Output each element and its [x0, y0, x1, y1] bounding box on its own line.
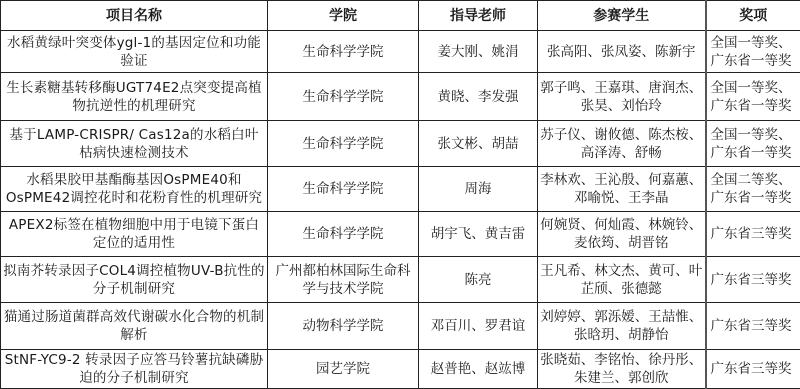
advisors-cell: 周海 — [419, 167, 538, 212]
students-cell: 郭子鸣、王嘉琪、唐润杰、张昊、刘怡玲 — [538, 73, 706, 121]
award-cell: 全国二等奖、广东省一等奖 — [706, 167, 800, 212]
table-row: 水稻果胶甲基酯酶基因OsPME40和OsPME42调控花时和花粉育性的机理研究 … — [1, 167, 800, 212]
advisors-cell: 赵普艳、赵竑博 — [419, 350, 538, 389]
advisors-cell: 邓百川、罗君谊 — [419, 303, 538, 350]
project-name-cell: 水稻果胶甲基酯酶基因OsPME40和OsPME42调控花时和花粉育性的机理研究 — [1, 167, 268, 212]
students-cell: 苏子仪、谢攸德、陈杰桉、高泽涛、舒畅 — [538, 121, 706, 167]
students-cell: 王凡希、林文杰、黄可、叶芷颀、张德懿 — [538, 257, 706, 303]
students-cell: 刘婷婷、郭泺嫒、王喆惟、张晗玥、胡静怡 — [538, 303, 706, 350]
college-cell: 广州都柏林国际生命科学与技术学院 — [268, 257, 419, 303]
college-cell: 园艺学院 — [268, 350, 419, 389]
college-cell: 生命科学学院 — [268, 73, 419, 121]
college-cell: 生命科学学院 — [268, 212, 419, 257]
college-cell: 生命科学学院 — [268, 167, 419, 212]
header-row: 项目名称 学院 指导老师 参赛学生 奖项 — [1, 1, 800, 31]
project-name-cell: 基于LAMP-CRISPR/ Cas12a的水稻白叶枯病快速检测技术 — [1, 121, 268, 167]
students-cell: 李林欢、王沁殷、何嘉蕙、邓喻悦、王李晶 — [538, 167, 706, 212]
header-project: 项目名称 — [1, 1, 268, 31]
award-cell: 全国一等奖、广东省一等奖 — [706, 73, 800, 121]
award-cell: 全国一等奖、广东省一等奖 — [706, 121, 800, 167]
header-students: 参赛学生 — [538, 1, 706, 31]
project-name-cell: StNF-YC9-2 转录因子应答马铃薯抗缺磷胁迫的分子机制研究 — [1, 350, 268, 389]
students-cell: 张高阳、张凤姿、陈新宇 — [538, 31, 706, 73]
students-cell: 何婉贤、何灿霞、林婉铃、麦依筠、胡晋铭 — [538, 212, 706, 257]
college-cell: 动物科学学院 — [268, 303, 419, 350]
college-cell: 生命科学学院 — [268, 121, 419, 167]
header-award: 奖项 — [706, 1, 800, 31]
advisors-cell: 胡宇飞、黄吉雷 — [419, 212, 538, 257]
award-cell: 广东省三等奖 — [706, 212, 800, 257]
table-row: 拟南芥转录因子COL4调控植物UV-B抗性的分子机制研究 广州都柏林国际生命科学… — [1, 257, 800, 303]
table-row: 水稻黄绿叶突变体ygl-1的基因定位和功能验证 生命科学学院 姜大刚、姚涓 张高… — [1, 31, 800, 73]
award-cell: 广东省三等奖 — [706, 257, 800, 303]
award-cell: 全国一等奖、广东省一等奖 — [706, 31, 800, 73]
advisors-cell: 黄晓、李发强 — [419, 73, 538, 121]
table-row: StNF-YC9-2 转录因子应答马铃薯抗缺磷胁迫的分子机制研究 园艺学院 赵普… — [1, 350, 800, 389]
header-college: 学院 — [268, 1, 419, 31]
project-name-cell: 生长素糖基转移酶UGT74E2点突变提高植物抗逆性的机理研究 — [1, 73, 268, 121]
table-row: 基于LAMP-CRISPR/ Cas12a的水稻白叶枯病快速检测技术 生命科学学… — [1, 121, 800, 167]
advisors-cell: 陈亮 — [419, 257, 538, 303]
advisors-cell: 姜大刚、姚涓 — [419, 31, 538, 73]
college-cell: 生命科学学院 — [268, 31, 419, 73]
project-name-cell: 水稻黄绿叶突变体ygl-1的基因定位和功能验证 — [1, 31, 268, 73]
students-cell: 张晓茹、李铭怡、徐丹彤、朱建兰、郭创欣 — [538, 350, 706, 389]
award-cell: 广东省三等奖 — [706, 303, 800, 350]
table-row: APEX2标签在植物细胞中用于电镜下蛋白定位的适用性 生命科学学院 胡宇飞、黄吉… — [1, 212, 800, 257]
table-row: 生长素糖基转移酶UGT74E2点突变提高植物抗逆性的机理研究 生命科学学院 黄晓… — [1, 73, 800, 121]
project-name-cell: 拟南芥转录因子COL4调控植物UV-B抗性的分子机制研究 — [1, 257, 268, 303]
advisors-cell: 张文彬、胡喆 — [419, 121, 538, 167]
awards-table: 项目名称 学院 指导老师 参赛学生 奖项 水稻黄绿叶突变体ygl-1的基因定位和… — [0, 0, 800, 389]
project-name-cell: APEX2标签在植物细胞中用于电镜下蛋白定位的适用性 — [1, 212, 268, 257]
project-name-cell: 猫通过肠道菌群高效代谢碳水化合物的机制解析 — [1, 303, 268, 350]
table-row: 猫通过肠道菌群高效代谢碳水化合物的机制解析 动物科学学院 邓百川、罗君谊 刘婷婷… — [1, 303, 800, 350]
award-cell: 广东省三等奖 — [706, 350, 800, 389]
header-advisors: 指导老师 — [419, 1, 538, 31]
